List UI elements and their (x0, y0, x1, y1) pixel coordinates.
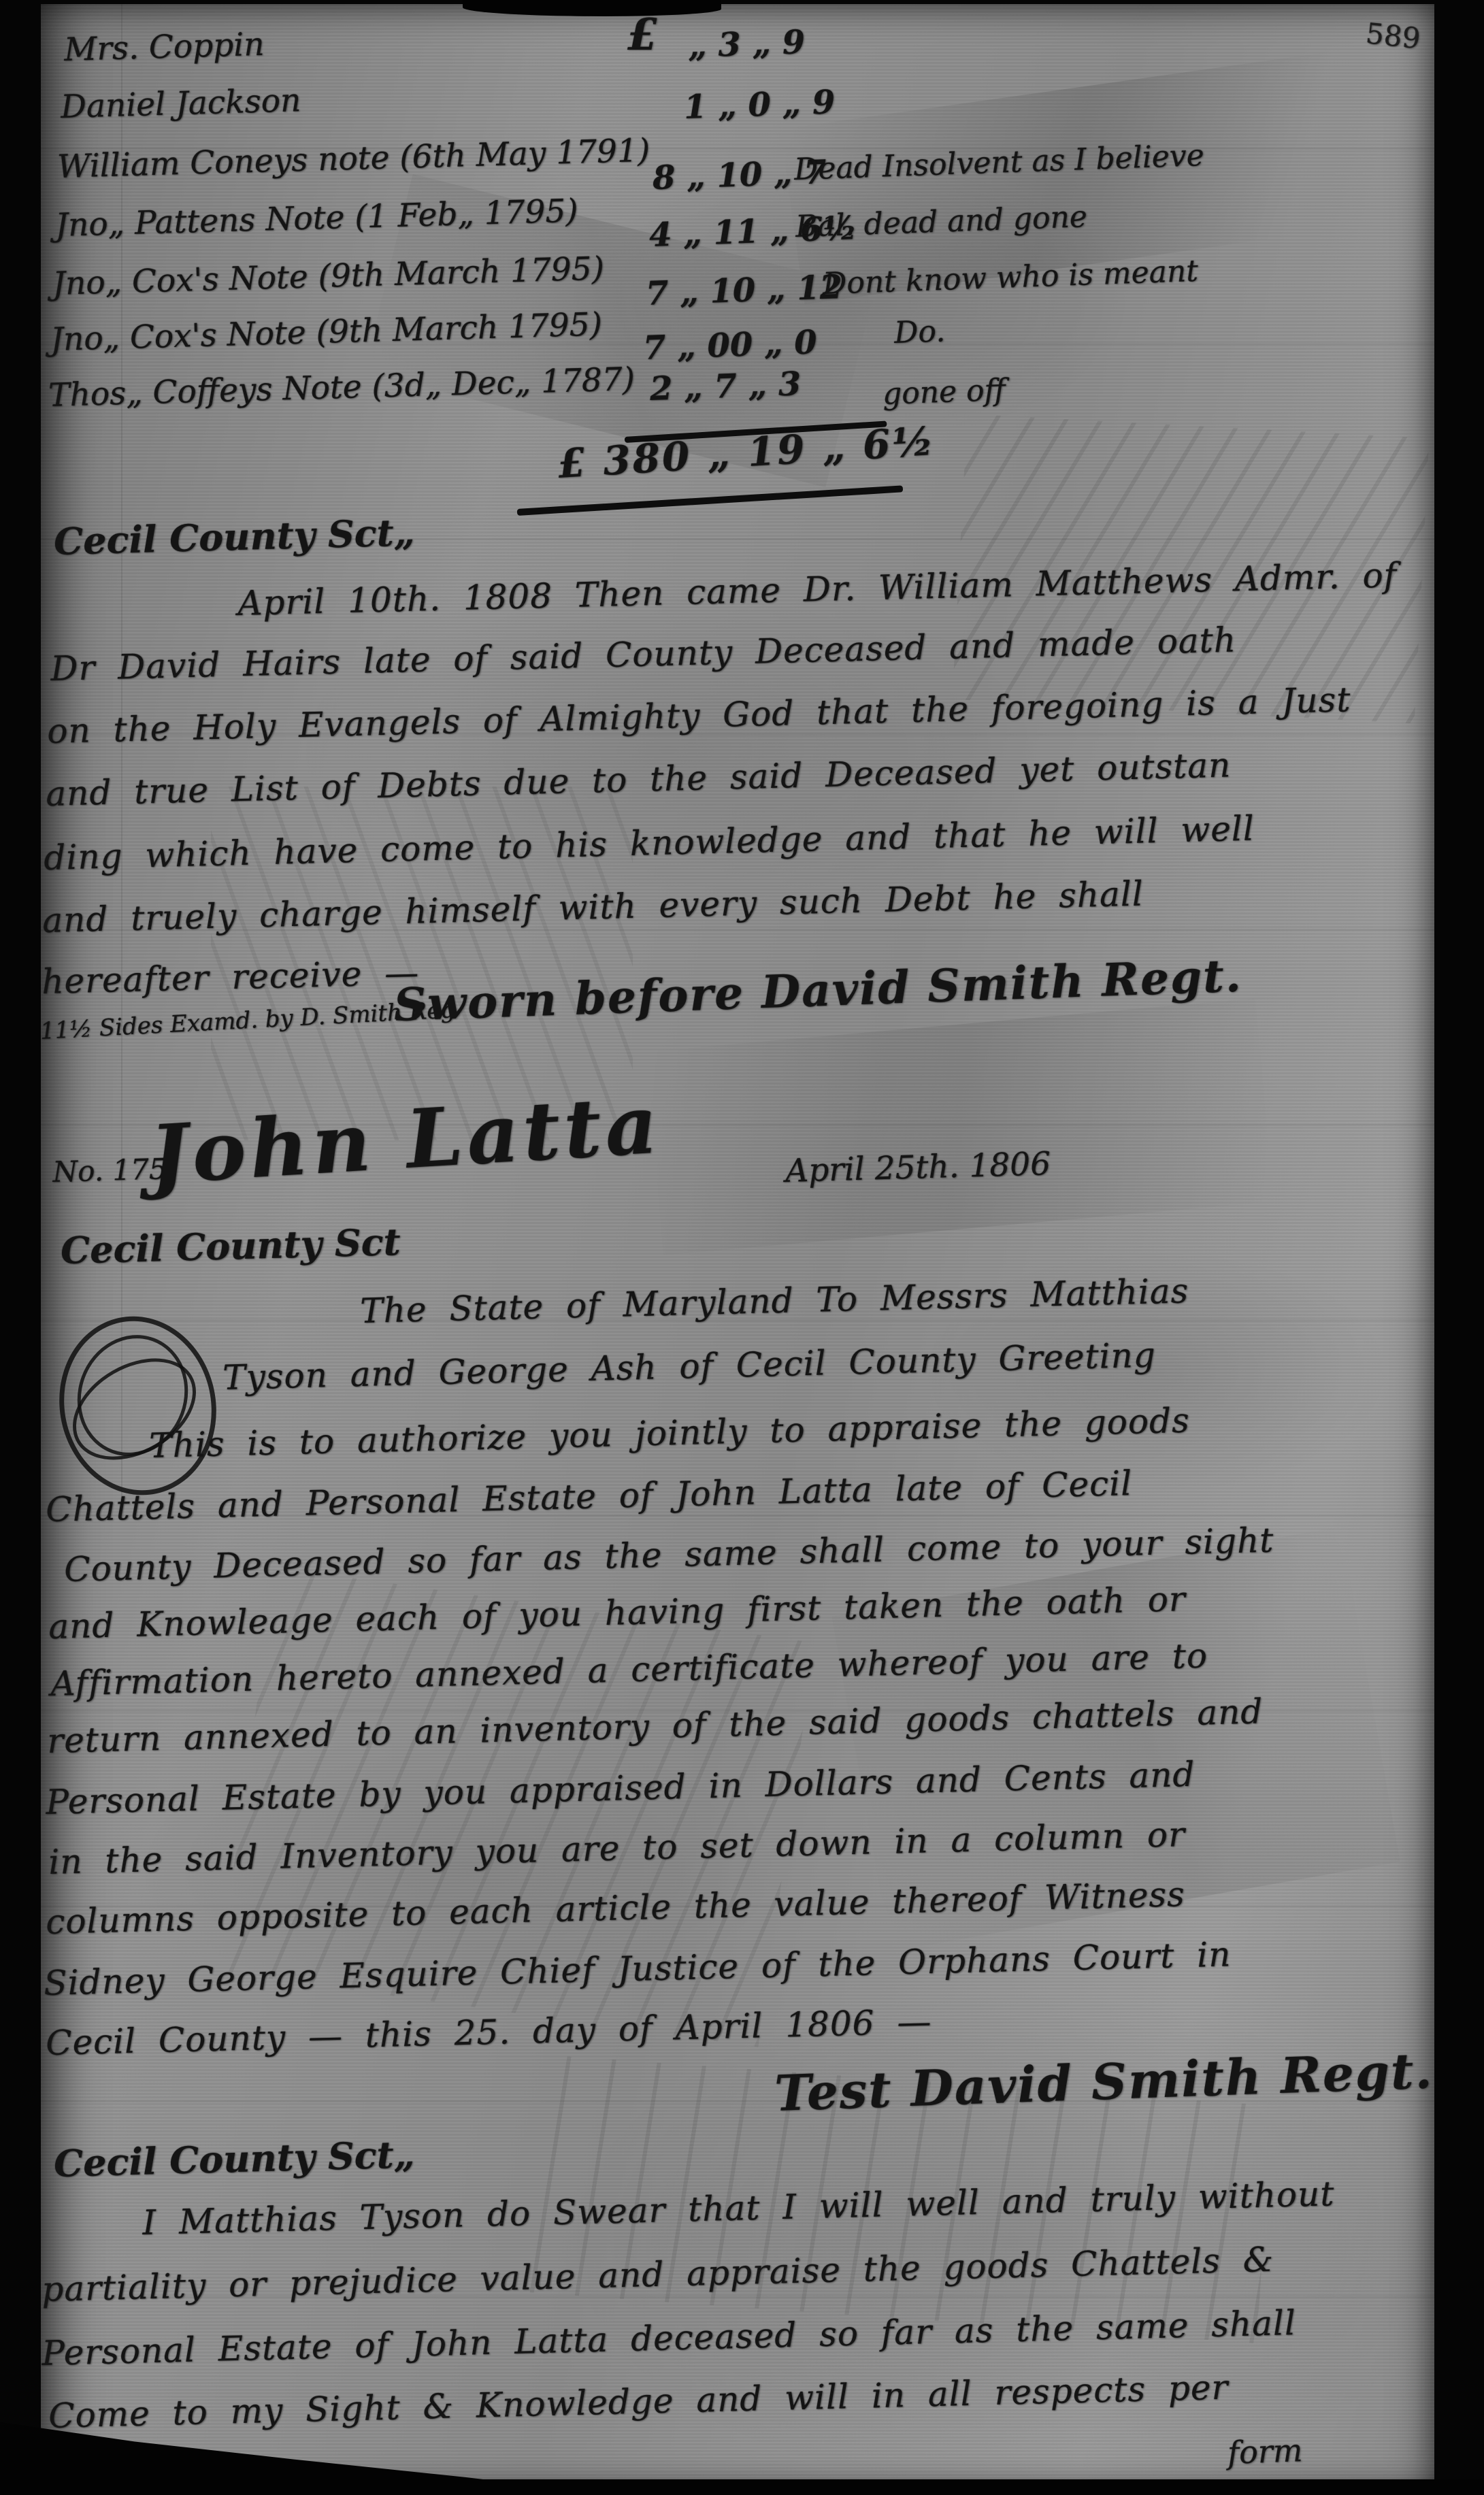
county-heading: Cecil County Sct„ (53, 510, 415, 563)
warrant-line: This is to authorize you jointly to appr… (149, 1401, 1191, 1466)
bottom-edge-shadow (0, 2479, 1484, 2495)
debt-row-amount: 7 „ 10 „ 12 (645, 268, 843, 313)
record-date: April 25th. 1806 (785, 1145, 1051, 1190)
county-heading: Cecil County Sct (60, 1220, 401, 1272)
catchword: form (1227, 2432, 1303, 2471)
warrant-line: Tyson and George Ash of Cecil County Gre… (222, 1336, 1157, 1398)
oath-line: on the Holy Evangels of Almighty God tha… (47, 680, 1351, 751)
warrant-line: Cecil County — this 25. day of April 180… (46, 2002, 932, 2063)
county-heading: Cecil County Sct„ (53, 2132, 415, 2185)
debt-row-amount: 7 „ 00 „ 0 (642, 323, 817, 367)
debt-row-name: Thos„ Coffeys Note (3d„ Dec„ 1787) (48, 361, 635, 414)
warrant-line: Personal Estate by you appraised in Doll… (46, 1755, 1196, 1822)
register-signature: Test David Smith Regt. (774, 2041, 1434, 2122)
debt-total: £ 380 „ 19 „ 6½ (557, 418, 937, 487)
paper-sheet: 589 £ Mrs. Coppin „ 3 „ 9 Daniel Jackson… (41, 4, 1434, 2491)
page-number: 589 (1364, 16, 1422, 55)
warrant-line: Affirmation hereto annexed a certificate… (50, 1636, 1208, 1704)
oath-line: Dr David Hairs late of said County Decea… (50, 620, 1237, 689)
debt-row-note: Do. (893, 314, 946, 350)
oath-line: and true List of Debts due to the said D… (46, 745, 1232, 814)
debt-row-note: Dont know who is meant (822, 254, 1198, 301)
debt-row-name: Jno„ Pattens Note (1 Feb„ 1795) (54, 193, 578, 244)
pound-sign: £ (627, 10, 658, 61)
record-title: John Latta (148, 1076, 664, 1202)
debt-row-note: Dead Insolvent as I believe (793, 138, 1204, 187)
warrant-line: County Deceased so far as the same shall… (64, 1521, 1274, 1589)
debt-row-name: Jno„ Cox's Note (9th March 1795) (50, 305, 602, 359)
warrant-line: columns opposite to each article the val… (46, 1874, 1186, 1942)
ink-bleed-smudge (646, 998, 1274, 1255)
appraiser-line: Come to my Sight & Knowledge and will in… (48, 2368, 1229, 2436)
debt-row-note: gone off (882, 373, 1006, 412)
oath-line: hereafter receive — (42, 953, 420, 1002)
oath-line: April 10th. 1808 Then came Dr. William M… (237, 555, 1398, 623)
scanned-manuscript-page: 589 £ Mrs. Coppin „ 3 „ 9 Daniel Jackson… (0, 0, 1484, 2495)
debt-row-amount: „ 3 „ 9 (687, 23, 806, 65)
warrant-line: Sidney George Esquire Chief Justice of t… (44, 1934, 1232, 2003)
appraiser-line: partiality or prejudice value and apprai… (42, 2240, 1274, 2309)
warrant-line: return annexed to an inventory of the sa… (47, 1691, 1264, 1761)
register-signature: Sworn before David Smith Regt. (393, 949, 1243, 1031)
debt-row-name: William Coneys note (6th May 1791) (56, 132, 650, 186)
debt-row-amount: 1 „ 0 „ 9 (683, 83, 836, 127)
warrant-line: Chattels and Personal Estate of John Lat… (46, 1464, 1133, 1530)
debt-row-name: Mrs. Coppin (63, 26, 265, 69)
debt-row-name: Jno„ Cox's Note (9th March 1795) (52, 250, 604, 303)
warrant-line: The State of Maryland To Messrs Matthias (360, 1271, 1189, 1331)
warrant-line: in the said Inventory you are to set dow… (48, 1815, 1186, 1882)
appraiser-line: I Matthias Tyson do Swear that I will we… (142, 2174, 1335, 2243)
oath-line: ding which have come to his knowledge an… (44, 809, 1255, 878)
oath-line: and truely charge himself with every suc… (42, 874, 1144, 940)
debt-row-name: Daniel Jackson (60, 82, 301, 126)
debt-row-amount: 2 „ 7 „ 3 (649, 365, 802, 408)
appraiser-line: Personal Estate of John Latta deceased s… (42, 2303, 1297, 2373)
debt-row-note: Bal. dead and gone (795, 199, 1087, 244)
warrant-line: and Knowleage each of you having first t… (48, 1579, 1187, 1647)
total-rule-line (517, 485, 904, 516)
